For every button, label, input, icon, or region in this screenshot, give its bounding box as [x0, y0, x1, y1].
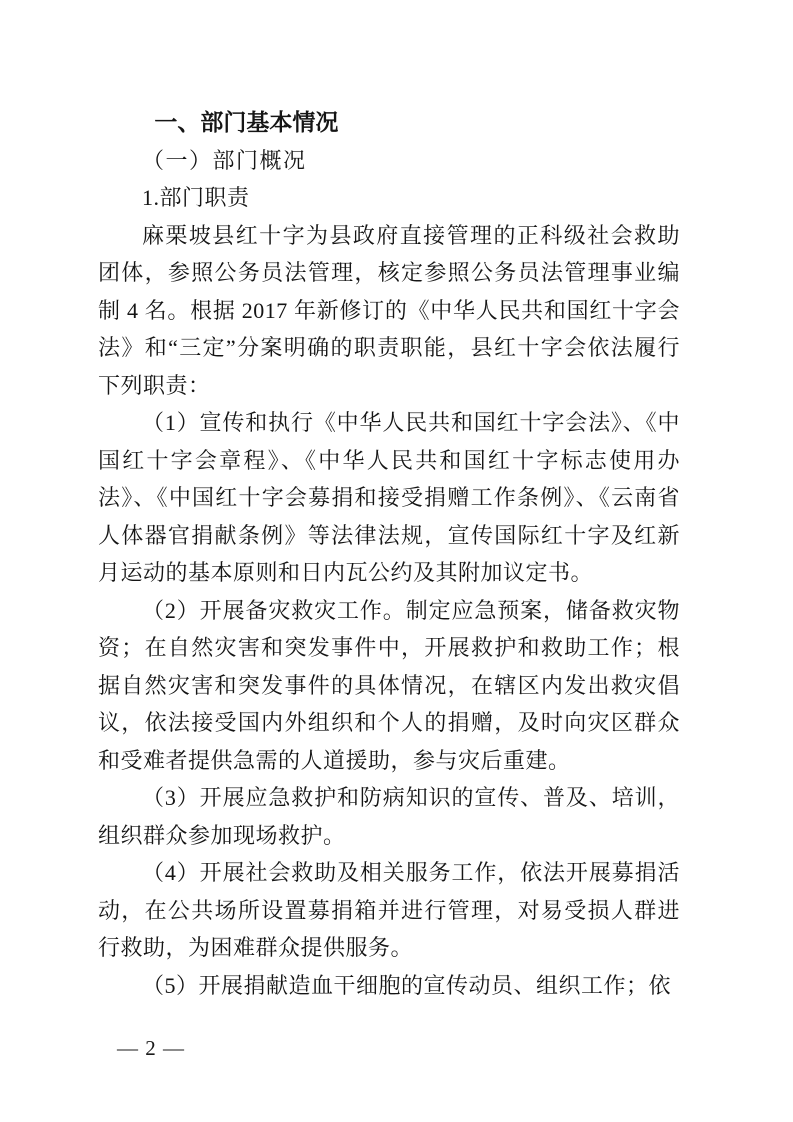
paragraph-duty-3: （3）开展应急救护和防病知识的宣传、普及、培训，组织群众参加现场救护。	[98, 779, 680, 854]
item-heading: 1.部门职责	[98, 179, 680, 217]
page-number: — 2 —	[117, 1036, 185, 1061]
paragraph-duty-4: （4）开展社会救助及相关服务工作，依法开展募捐活动，在公共场所设置募捐箱并进行管…	[98, 854, 680, 967]
section-heading: 一、部门基本情况	[98, 104, 680, 142]
document-body: 一、部门基本情况 （一）部门概况 1.部门职责 麻栗坡县红十字为县政府直接管理的…	[98, 104, 680, 1004]
document-page: 一、部门基本情况 （一）部门概况 1.部门职责 麻栗坡县红十字为县政府直接管理的…	[0, 0, 793, 1122]
paragraph-duty-5: （5）开展捐献造血干细胞的宣传动员、组织工作；依	[98, 967, 680, 1005]
paragraph-duty-1: （1）宣传和执行《中华人民共和国红十字会法》、《中国红十字会章程》、《中华人民共…	[98, 404, 680, 592]
subsection-heading: （一）部门概况	[98, 142, 680, 180]
paragraph-duty-2: （2）开展备灾救灾工作。制定应急预案，储备救灾物资；在自然灾害和突发事件中，开展…	[98, 592, 680, 780]
paragraph-intro: 麻栗坡县红十字为县政府直接管理的正科级社会救助团体，参照公务员法管理，核定参照公…	[98, 217, 680, 405]
